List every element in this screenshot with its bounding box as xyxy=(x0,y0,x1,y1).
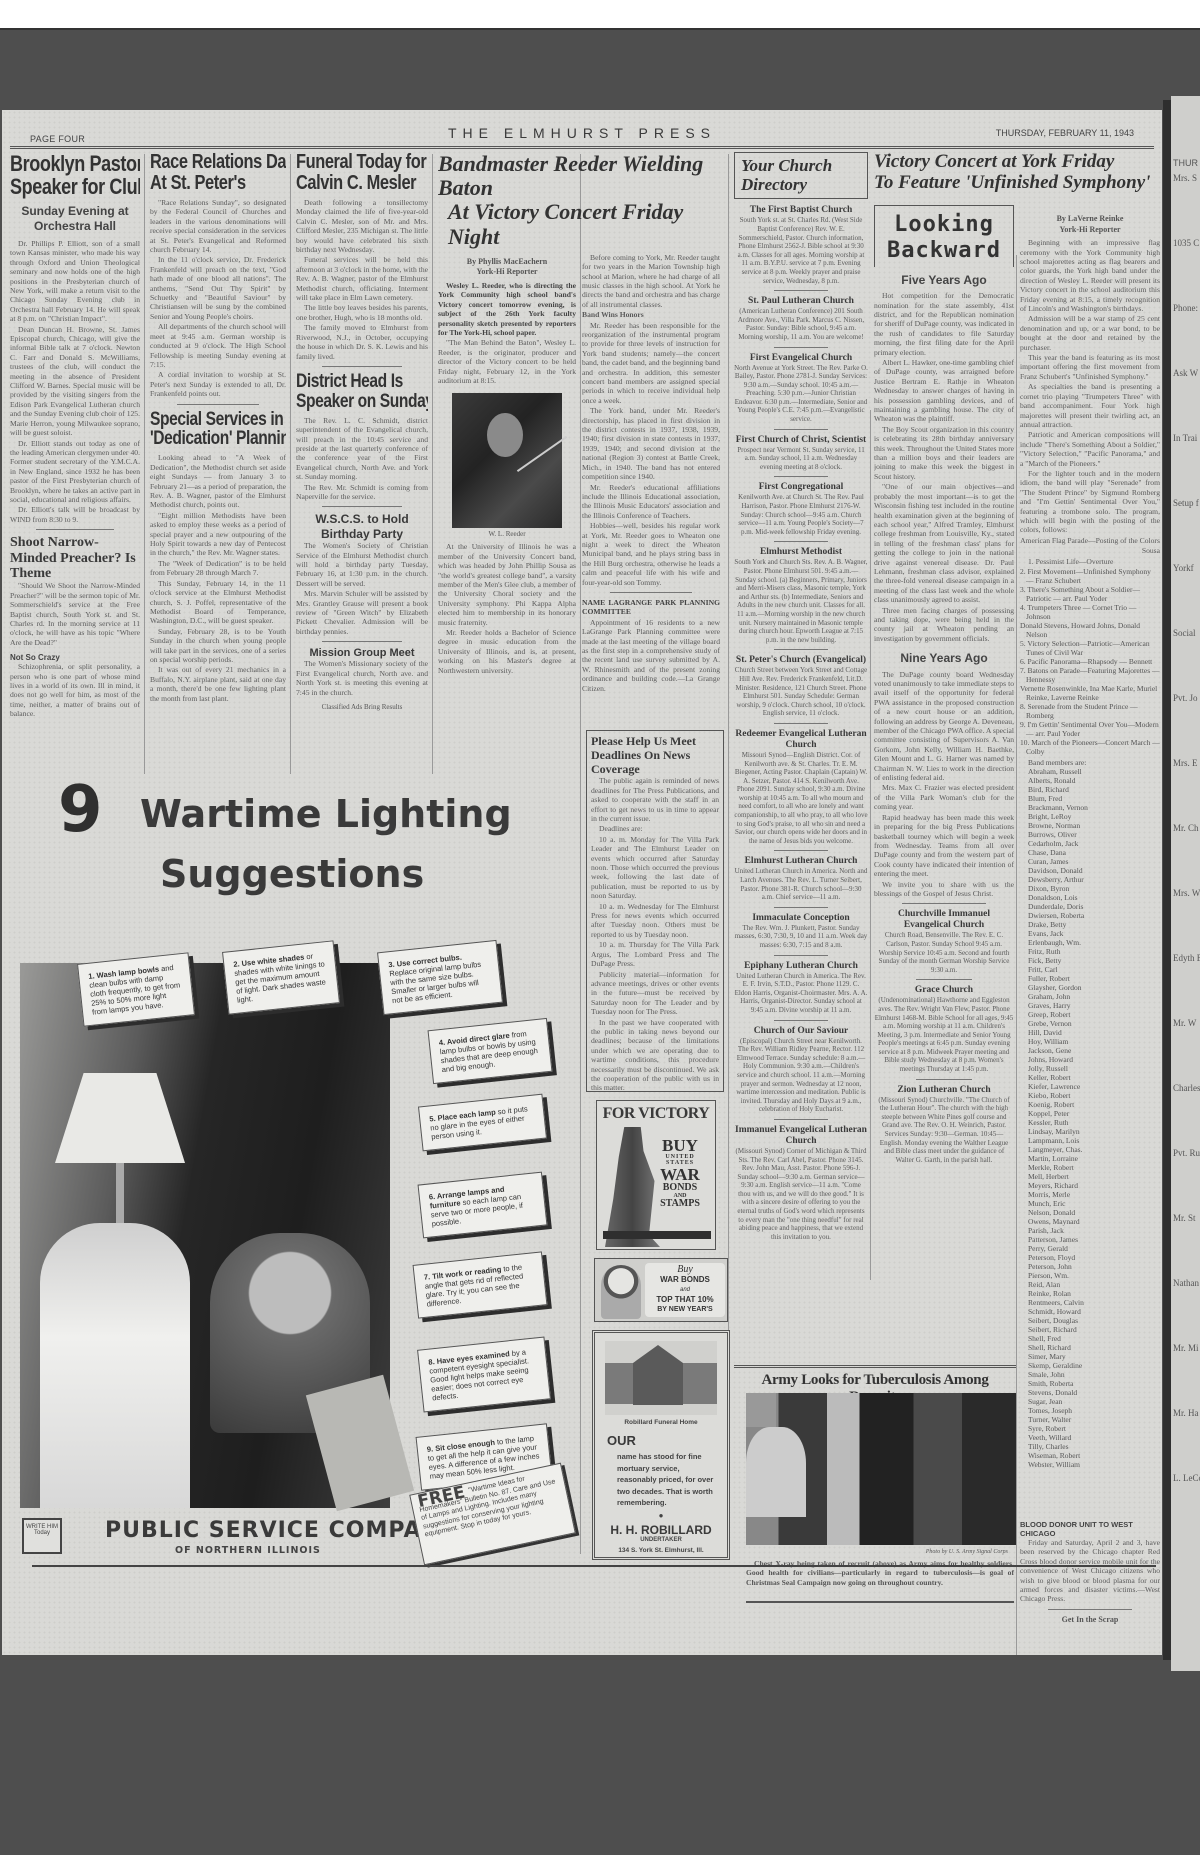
ad-wartime-lighting: 9 Wartime Lighting Suggestions 1. Wash l… xyxy=(10,778,582,1558)
ad-line: TOP THAT 10% xyxy=(647,1295,723,1305)
divider xyxy=(774,541,828,542)
paragraph: Dr. Elliott stands out today as one of t… xyxy=(10,439,140,505)
divider xyxy=(774,347,828,348)
adjacent-text-fragment: Mr. Ch xyxy=(1171,821,1200,836)
paragraph: Wesley L. Reeder, who is directing the Y… xyxy=(438,281,576,337)
church-details: South York and Church Sts. Rev. A. B. Wa… xyxy=(734,558,868,644)
paragraph: "Should We Shoot the Narrow-Minded Preac… xyxy=(10,581,140,647)
church-name: St. Peter's Church (Evangelical) xyxy=(734,655,868,666)
newspaper-page: PAGE FOUR THE ELMHURST PRESS THURSDAY, F… xyxy=(2,110,1162,1655)
divider xyxy=(36,529,114,530)
paragraph: The Boy Scout organization in this count… xyxy=(874,425,1014,481)
ad-for-victory-war-bonds: FOR VICTORY BUY UNITED STATES WAR BONDS … xyxy=(596,1100,716,1250)
byline: York-Hi Reporter xyxy=(1020,225,1160,235)
article-body: At the University of Illinois he was a m… xyxy=(438,542,576,675)
tip-7: 7. Tilt work or reading to the angle tha… xyxy=(413,1251,548,1318)
headline: W.S.C.S. to Hold Birthday Party xyxy=(296,512,428,541)
paragraph: Mrs. Marvin Schuler will be assisted by … xyxy=(296,589,428,636)
paragraph: Albert L. Hawker, one-time gambling chie… xyxy=(874,358,1014,424)
column-divider xyxy=(870,410,871,1280)
church-name: Grace Church xyxy=(874,985,1014,996)
adjacent-text-fragment: Mrs. E xyxy=(1171,756,1200,771)
paragraph: Mr. Reeder holds a Bachelor of Science d… xyxy=(438,628,576,675)
image-caption: Robillard Funeral Home xyxy=(595,1419,727,1426)
band-member: Morris, Merle xyxy=(1028,1190,1160,1199)
photo-figure xyxy=(746,1393,776,1427)
church-details: Kenilworth Ave. at Church St. The Rev. P… xyxy=(734,493,868,536)
divider xyxy=(610,592,693,593)
church-name: The First Baptist Church xyxy=(734,205,868,216)
looking-backward: Looking Backward Five Years Ago Hot comp… xyxy=(874,205,1014,1255)
headline: At St. Peter's xyxy=(150,173,262,194)
divider xyxy=(774,1119,828,1120)
program-item: 8. Serenade from the Student Prince — Ro… xyxy=(1020,702,1160,720)
headline: NAME LAGRANGE PARK PLANNING COMMITTEE xyxy=(582,598,720,617)
photo-face xyxy=(487,413,523,457)
bottom-rule xyxy=(32,1565,1156,1567)
church-details: Prospect near Vermont St. Sunday service… xyxy=(734,446,868,472)
ad-line: WAR xyxy=(651,1166,709,1183)
church-name: First Evangelical Church xyxy=(734,353,868,364)
band-member: Rentmeers, Calvin xyxy=(1028,1298,1160,1307)
article-body: The DuPage county board Wednesday voted … xyxy=(874,670,1014,899)
band-member: Smale, John xyxy=(1028,1370,1160,1379)
band-member: Davidson, Donald xyxy=(1028,866,1160,875)
church-details: (American Lutheran Conference) 201 South… xyxy=(734,307,868,341)
band-member: Veeth, Willard xyxy=(1028,1433,1160,1442)
paragraph: "Race Relations Sunday", so designated b… xyxy=(150,198,286,254)
paragraph: 1. Pessimist Life—Overture xyxy=(1020,557,1160,566)
ad-line: WAR BONDS xyxy=(647,1275,723,1285)
church-name: Elmhurst Lutheran Church xyxy=(734,856,868,867)
paragraph: All departments of the church school wil… xyxy=(150,322,286,369)
paragraph: The little boy leaves besides his parent… xyxy=(296,303,428,322)
band-member: Syre, Robert xyxy=(1028,1424,1160,1433)
band-member: Browne, Norman xyxy=(1028,821,1160,830)
byline: By LaVerne Reinke xyxy=(1020,214,1160,224)
band-member: Reinke, Rolan xyxy=(1028,1289,1160,1298)
band-member: Bright, LeRoy xyxy=(1028,812,1160,821)
band-member: Keller, Robert xyxy=(1028,1073,1160,1082)
church-details: Church Road, Bensenville. The Rev. E. C.… xyxy=(874,931,1014,974)
church-details: Church Street between York Street and Co… xyxy=(734,666,868,718)
band-member: Kiefer, Lawrence xyxy=(1028,1082,1160,1091)
article-blood-donor: BLOOD DONOR UNIT TO WEST CHICAGO Friday … xyxy=(1020,1520,1160,1645)
adjacent-text-fragment: Mr. Mi xyxy=(1171,1341,1200,1356)
paragraph: Before coming to York, Mr. Reeder taught… xyxy=(582,253,720,309)
headline: Funeral Today for xyxy=(296,152,404,173)
column-divider xyxy=(290,154,291,774)
adjacent-text-fragment: Setup f xyxy=(1171,496,1200,511)
divider xyxy=(774,850,828,851)
lamp-icon xyxy=(55,1073,185,1163)
band-member: Patterson, James xyxy=(1028,1235,1160,1244)
paragraph: Funeral services will be held this after… xyxy=(296,255,428,302)
band-member: Perry, Gerald xyxy=(1028,1244,1160,1253)
band-member: Drake, Betty xyxy=(1028,920,1160,929)
headline: At Victory Concert Friday Night xyxy=(438,200,728,248)
issue-date: THURSDAY, FEBRUARY 11, 1943 xyxy=(996,128,1134,138)
tip-6: 6. Arrange lamps and furniture so each l… xyxy=(418,1172,548,1239)
paragraph: At the University of Illinois he was a m… xyxy=(438,542,576,627)
paragraph: Dr. Phillips P. Elliott, son of a small … xyxy=(10,239,140,324)
bullet-icon: ● xyxy=(595,1511,727,1520)
paragraph: Rapid headway has been made this week in… xyxy=(874,813,1014,879)
church-name: Immanuel Evangelical Lutheran Church xyxy=(734,1125,868,1147)
church-details: (Missouri Synod) Churchville. "The Churc… xyxy=(874,1096,1014,1165)
church-details: United Lutheran Church in America. The R… xyxy=(734,972,868,1015)
tip-1: 1. Wash lamp bowls and clean bulbs with … xyxy=(77,952,195,1026)
divider xyxy=(902,903,986,904)
company-address: 134 S. York St. Elmhurst, Ill. xyxy=(595,1547,727,1554)
divider xyxy=(1048,1609,1132,1610)
subhead: Sunday Evening at Orchestra Hall xyxy=(10,204,140,233)
article-lead: Wesley L. Reeder, who is directing the Y… xyxy=(438,281,576,337)
band-member: Seibert, Douglas xyxy=(1028,1316,1160,1325)
article-body: The public again is reminded of news dea… xyxy=(591,776,719,1092)
paragraph: Appointment of 16 residents to a new LaG… xyxy=(582,618,720,693)
divider xyxy=(774,429,828,430)
paragraph: Dean Duncan H. Browne, St. James Episcop… xyxy=(10,325,140,438)
article-body: The Women's Missionary society of the Fi… xyxy=(296,659,428,697)
headline: Speaker for Club xyxy=(10,175,117,198)
paragraph: In the past we have cooperated with the … xyxy=(591,1018,719,1092)
band-member: Webster, William xyxy=(1028,1460,1160,1469)
adjacent-text-fragment: Ask W xyxy=(1171,366,1200,381)
article-army-tuberculosis: Army Looks for Tuberculosis Among Recrui… xyxy=(734,1365,1016,1650)
band-member: Kessler, Ruth xyxy=(1028,1118,1160,1127)
article-deadlines: Please Help Us Meet Deadlines On News Co… xyxy=(586,730,724,1092)
band-member: Reid, Alan xyxy=(1028,1280,1160,1289)
program-item: 5. Victory Selection—Patriotic—American … xyxy=(1020,639,1160,657)
masthead-rule xyxy=(10,146,1154,149)
program-item: 7. Batons on Parade—Featuring Majorettes… xyxy=(1020,666,1160,684)
page-gutter xyxy=(1163,100,1171,1660)
paragraph: As specialties the band is presenting a … xyxy=(1020,382,1160,429)
ad-text: BUY UNITED STATES WAR BONDS AND STAMPS xyxy=(651,1137,709,1209)
church-details: (Undenominational) Hawthorne and Egglest… xyxy=(874,996,1014,1073)
adjacent-text-fragment: Mr. Ha xyxy=(1171,1406,1200,1421)
army-xray-photo xyxy=(746,1393,1016,1545)
funeral-home-building-image xyxy=(605,1341,717,1415)
band-member: Dixon, Byron xyxy=(1028,884,1160,893)
program-item: 6. Pacific Panorama—Rhapsody — Bennett xyxy=(1020,657,1160,666)
paragraph: Mr. Reeder has been responsible for the … xyxy=(582,321,720,406)
paragraph: In the 11 o'clock service, Dr. Frederick… xyxy=(150,255,286,321)
band-member: Abraham, Russell xyxy=(1028,767,1160,776)
band-member: Meyers, Richard xyxy=(1028,1181,1160,1190)
ad-text: name has stood for fine mortuary service… xyxy=(617,1451,721,1509)
paragraph: 10 a. m. Thursday for The Villa Park Arg… xyxy=(591,940,719,968)
ad-footer: WRITE HIM Today PUBLIC SERVICE COMPANY O… xyxy=(10,1518,582,1558)
divider xyxy=(774,955,828,956)
paragraph: "Eight million Methodists have been aske… xyxy=(150,511,286,558)
band-member: Shell, Richard xyxy=(1028,1343,1160,1352)
band-member: Koppel, Peter xyxy=(1028,1109,1160,1118)
band-members-label: Band members are: xyxy=(1020,758,1160,767)
tip-5: 5. Place each lamp so it puts no glare i… xyxy=(418,1094,547,1152)
headline: Looking xyxy=(875,212,1013,238)
band-member: Chase, Dana xyxy=(1028,848,1160,857)
ad-text: Buy WAR BONDS and TOP THAT 10% BY NEW YE… xyxy=(645,1263,725,1317)
headline: Victory Concert at York Friday xyxy=(874,152,1159,173)
company-region: OF NORTHERN ILLINOIS xyxy=(175,1545,321,1556)
photo-credit: Photo by U. S. Army Signal Corps xyxy=(926,1549,1008,1555)
headline: To Feature 'Unfinished Symphony' xyxy=(874,173,1159,194)
tip-4: 4. Avoid direct glare from lamp bulbs or… xyxy=(428,1018,553,1084)
church-details: United Lutheran Church in America. North… xyxy=(734,867,868,901)
tip-8: 8. Have eyes examined by a competent eye… xyxy=(417,1336,551,1412)
headline: 'Dedication' Planning xyxy=(150,429,262,449)
band-member: Burrows, Oliver xyxy=(1028,830,1160,839)
band-member: Hoy, William xyxy=(1028,1037,1160,1046)
article-body: Schizophrenia, or split personality, a p… xyxy=(10,662,140,718)
directory-title-box: Your Church Directory xyxy=(734,152,868,199)
paragraph: The York band, under Mr. Reeder's direct… xyxy=(582,406,720,481)
band-member: Evans, Jack xyxy=(1028,929,1160,938)
band-member: Schmidt, Howard xyxy=(1028,1307,1160,1316)
church-details: South York st. at St. Charles Rd. (West … xyxy=(734,216,868,285)
article-body: Beginning with an impressive flag ceremo… xyxy=(1020,238,1160,566)
band-member: Graves, Harry xyxy=(1028,1001,1160,1010)
ad-title: Suggestions xyxy=(160,852,424,896)
band-member: Blum, Fred xyxy=(1028,794,1160,803)
divider xyxy=(734,1365,1016,1368)
band-member: Munch, Eric xyxy=(1028,1199,1160,1208)
church-name: Churchville Immanuel Evangelical Church xyxy=(874,909,1014,931)
band-member: Jolly, Russell xyxy=(1028,1064,1160,1073)
band-member: Alberts, Ronald xyxy=(1028,776,1160,785)
ad-line: BY NEW YEAR'S xyxy=(647,1305,723,1315)
program-item: 2. First Movement—Unfinished Symphony — … xyxy=(1020,567,1160,585)
paragraph: The Women's Society of Christian Service… xyxy=(296,541,428,588)
band-member: Jackson, Gene xyxy=(1028,1046,1160,1055)
paragraph: Hot competition for the Democratic nomin… xyxy=(874,291,1014,357)
ad-line: STAMPS xyxy=(651,1199,709,1209)
band-member: Wert, Gilbert xyxy=(1028,1469,1160,1470)
paragraph: Deadlines are: xyxy=(591,824,719,833)
band-member: Sugar, Jean xyxy=(1028,1397,1160,1406)
paragraph: The DuPage county board Wednesday voted … xyxy=(874,670,1014,783)
paragraph: Admission will be a war stamp of 25 cent… xyxy=(1020,314,1160,352)
adjacent-text-fragment: Edyth B xyxy=(1171,951,1200,966)
newspaper-title: THE ELMHURST PRESS xyxy=(10,125,1154,141)
paragraph: "The Man Behind the Baton", Wesley L. Re… xyxy=(438,338,576,385)
article-brooklyn-pastor: Brooklyn Pastor Is Speaker for Club Sund… xyxy=(10,152,140,772)
band-member: Parish, Jack xyxy=(1028,1226,1160,1235)
ad-line: BONDS xyxy=(651,1183,709,1193)
reeder-photo xyxy=(452,393,562,528)
adjacent-text-fragment: Mrs. W xyxy=(1171,886,1200,901)
ad-number: 9 xyxy=(58,778,103,842)
column-divider xyxy=(1016,255,1017,1655)
article-body: Friday and Saturday, April 2 and 3, have… xyxy=(1020,1538,1160,1604)
photo-caption: W. L. Reeder xyxy=(438,530,576,538)
program-item: 9. I'm Gettin' Sentimental Over You—Mode… xyxy=(1020,720,1160,738)
band-member: Brackmann, Vernon xyxy=(1028,803,1160,812)
column-divider xyxy=(432,154,433,774)
band-member: Owens, Maynard xyxy=(1028,1217,1160,1226)
paragraph: Hobbies—well, besides his regular work a… xyxy=(582,521,720,587)
band-member: Glaysher, Gordon xyxy=(1028,983,1160,992)
headline: Directory xyxy=(741,176,861,195)
band-member: Fick, Betty xyxy=(1028,956,1160,965)
paragraph: Mr. Reeder's educational affiliations in… xyxy=(582,483,720,521)
band-member: Hill, David xyxy=(1028,1028,1160,1037)
paragraph: The family moved to Elmhurst from Riverw… xyxy=(296,323,428,361)
church-name: Church of Our Saviour xyxy=(734,1026,868,1037)
headline: District Head Is xyxy=(296,372,404,392)
paragraph: The Rev. Mr. Schmidt is coming from Nape… xyxy=(296,483,428,502)
headline: Calvin C. Mesler xyxy=(296,173,404,194)
living-room-illustration xyxy=(20,963,390,1508)
column-divider xyxy=(144,154,145,774)
paragraph: American Flag Parade—Posting of the Colo… xyxy=(1020,536,1160,545)
church-name: Epiphany Lutheran Church xyxy=(734,961,868,972)
church-directory: Your Church Directory The First Baptist … xyxy=(734,152,868,1297)
looking-backward-title-box: Looking Backward xyxy=(874,205,1014,267)
article-body: Hot competition for the Democratic nomin… xyxy=(874,291,1014,643)
band-member: Shell, Fred xyxy=(1028,1334,1160,1343)
program-item: 4. Trumpeters Three — Cornet Trio — John… xyxy=(1020,603,1160,621)
article-body: "Should We Shoot the Narrow-Minded Preac… xyxy=(10,581,140,647)
church-list: The First Baptist ChurchSouth York st. a… xyxy=(734,205,868,1241)
article-body: "Race Relations Sunday", so designated b… xyxy=(150,198,286,399)
band-member: Turner, Walter xyxy=(1028,1415,1160,1424)
divider xyxy=(322,641,401,642)
adjacent-page-header: THUR xyxy=(1171,156,1200,171)
band-member: Johns, Howard xyxy=(1028,1055,1160,1064)
band-member: Erlenbaugh, Wm. xyxy=(1028,938,1160,947)
band-member: Tilly, Charles xyxy=(1028,1442,1160,1451)
adjacent-page-fragment: THUR Mrs. S1035 CPhone: ElAsk WIn TraiSe… xyxy=(1171,96,1200,1671)
adjacent-text-fragment: Mr. W xyxy=(1171,1016,1200,1031)
adjacent-text-fragment: Yorkf xyxy=(1171,561,1200,576)
headline: BLOOD DONOR UNIT TO WEST CHICAGO xyxy=(1020,1520,1160,1538)
section-label: Nine Years Ago xyxy=(874,651,1014,665)
company-role: UNDERTAKER xyxy=(595,1537,727,1543)
divider xyxy=(774,1020,828,1021)
paragraph: Looking ahead to "A Week of Dedication",… xyxy=(150,453,286,509)
divider xyxy=(774,476,828,477)
headline: Bandmaster Reeder Wielding Baton xyxy=(438,152,728,200)
divider xyxy=(916,1079,972,1080)
band-member: Bird, Richard xyxy=(1028,785,1160,794)
paragraph: Beginning with an impressive flag ceremo… xyxy=(1020,238,1160,313)
headline: Mission Group Meet xyxy=(296,647,428,659)
band-member: Smith, Roberta xyxy=(1028,1379,1160,1388)
band-member: Wiseman, Robert xyxy=(1028,1451,1160,1460)
band-member: Tomes, Joseph xyxy=(1028,1406,1160,1415)
byline: York-Hi Reporter xyxy=(438,267,576,277)
article-body: Death following a tonsillectomy Monday c… xyxy=(296,198,428,361)
paragraph: Three men facing charges of possessing a… xyxy=(874,606,1014,644)
band-member: Donaldson, Lois xyxy=(1028,893,1160,902)
woman-figure xyxy=(40,1223,190,1508)
paragraph: For the lighter touch and in the modern … xyxy=(1020,469,1160,535)
church-details: Missouri Synod—English District. Cor. of… xyxy=(734,751,868,846)
paragraph: Dr. Elliott's talk will be broadcast by … xyxy=(10,505,140,524)
program-item: Vernette Rosenwinkle, Ina Mae Karle, Mur… xyxy=(1020,684,1160,702)
band-member: Fritz, Ruth xyxy=(1028,947,1160,956)
headline: Brooklyn Pastor Is xyxy=(10,152,117,175)
subheading: Band Wins Honors xyxy=(582,310,720,319)
adjacent-text-fragment: In Trai xyxy=(1171,431,1200,446)
article-victory-concert-body: By LaVerne Reinke York-Hi Reporter Begin… xyxy=(1020,210,1160,1470)
paragraph: Sunday, February 28, is to be Youth Sund… xyxy=(150,627,286,665)
paragraph: Patriotic and American compositions will… xyxy=(1020,430,1160,468)
church-name: First Congregational xyxy=(734,482,868,493)
church-list-continued: Churchville Immanuel Evangelical ChurchC… xyxy=(874,909,1014,1164)
paragraph: The Women's Missionary society of the Fi… xyxy=(296,659,428,697)
photo-figure xyxy=(746,1427,806,1517)
band-member: Dwiersen, Roberta xyxy=(1028,911,1160,920)
adjacent-text-fragment: 1035 C xyxy=(1171,236,1200,251)
church-details: North Avenue at York Street. The Rev. Pa… xyxy=(734,364,868,424)
paragraph: 10 a. m. Monday for The Villa Park Leade… xyxy=(591,835,719,901)
baton-icon xyxy=(517,436,567,472)
church-details: The Rev. Wm. J. Plunkett, Pastor. Sunday… xyxy=(734,924,868,950)
article-body: Dr. Phillips P. Elliott, son of a small … xyxy=(10,239,140,524)
ad-title: FOR VICTORY xyxy=(597,1105,715,1123)
band-member: Cedarholm, Jack xyxy=(1028,839,1160,848)
band-member: Dewsberry, Arthur xyxy=(1028,875,1160,884)
band-member: Koenig, Robert xyxy=(1028,1100,1160,1109)
paragraph: The Rev. L. C. Schmidt, district superin… xyxy=(296,416,428,482)
band-member: Greep, Robert xyxy=(1028,1010,1160,1019)
church-name: Immaculate Conception xyxy=(734,913,868,924)
concert-program: 2. First Movement—Unfinished Symphony — … xyxy=(1020,567,1160,756)
newspaper-figure xyxy=(306,1375,414,1512)
paragraph: "One of our main objectives—and probably… xyxy=(874,482,1014,604)
program-item: Donald Stevens, Howard Johns, Donald Nel… xyxy=(1020,621,1160,639)
band-member: Grebe, Vernon xyxy=(1028,1019,1160,1028)
adjacent-text-fragment: Social xyxy=(1171,626,1200,641)
headline: Backward xyxy=(875,238,1013,264)
paragraph: The "Week of Dedication" is to be held f… xyxy=(150,559,286,578)
paragraph: A cordial invitation to worship at St. P… xyxy=(150,370,286,398)
church-name: St. Paul Lutheran Church xyxy=(734,296,868,307)
church-details: (Episcopal) Church Street near Kenilwort… xyxy=(734,1037,868,1114)
band-member: Fuller, Robert xyxy=(1028,974,1160,983)
ad-title: Wartime Lighting xyxy=(140,792,512,836)
article-body: Before coming to York, Mr. Reeder taught… xyxy=(582,253,720,694)
paragraph: It was out of every 21 mechanics in a Bu… xyxy=(150,665,286,703)
adjacent-page-text: Mrs. S1035 CPhone: ElAsk WIn TraiSetup f… xyxy=(1171,171,1200,1486)
ad-line: and xyxy=(647,1285,723,1295)
band-member: Lampmann, Lois xyxy=(1028,1136,1160,1145)
church-name: First Church of Christ, Scientist xyxy=(734,435,868,446)
church-name: Redeemer Evangelical Lutheran Church xyxy=(734,729,868,751)
paragraph: 10 a. m. Wednesday for The Elmhurst Pres… xyxy=(591,902,719,940)
headline: Please Help Us Meet Deadlines On News Co… xyxy=(591,735,719,776)
ad-lead: OUR xyxy=(607,1433,636,1448)
divider xyxy=(746,1601,1014,1603)
adjacent-text-fragment: Mr. St xyxy=(1171,1211,1200,1226)
adjacent-text-fragment: Phone: El xyxy=(1171,301,1200,316)
company-name: H. H. ROBILLARD xyxy=(595,1523,727,1537)
adjacent-text-fragment: L. LeCo xyxy=(1171,1471,1200,1486)
band-member: Martin, Lorraine xyxy=(1028,1154,1160,1163)
company-name: PUBLIC SERVICE COMPANY xyxy=(105,1518,458,1543)
paragraph: Schizophrenia, or split personality, a p… xyxy=(10,662,140,718)
divider xyxy=(774,907,828,908)
masthead: PAGE FOUR THE ELMHURST PRESS THURSDAY, F… xyxy=(10,122,1154,146)
divider xyxy=(322,366,401,367)
band-member: Seibert, Richard xyxy=(1028,1325,1160,1334)
program-item: 3. There's Something About a Soldier—Pat… xyxy=(1020,585,1160,603)
band-member: Pierson, Wm. xyxy=(1028,1271,1160,1280)
